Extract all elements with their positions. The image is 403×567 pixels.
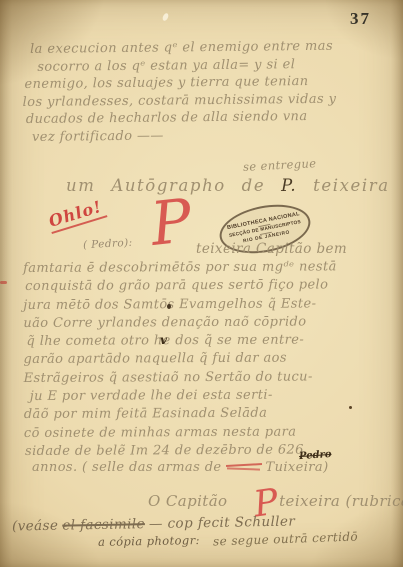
footer-followup-note: se segue outrā certidō [213, 529, 358, 548]
autograph-initial: P. [281, 176, 297, 195]
red-scribble-strikethrough [226, 462, 262, 471]
footer-insertion: a cópia photogr: [98, 533, 200, 549]
ink-insertion-v: v [160, 333, 167, 347]
ink-dot [349, 406, 352, 409]
manuscript-line: sidade de belẽ Im 24 de dezēbro de 626 [25, 441, 400, 461]
signature-suffix: teixeira (rubrica) [279, 492, 403, 510]
seal-line-suffix: Tuixeira) [266, 460, 329, 475]
manuscript-line: dāõ por mim feitā Easinada Selāda [24, 404, 400, 424]
struck-text: el facsimile [62, 516, 145, 533]
pencil-note-pedro: ( Pedro): [83, 237, 133, 252]
footer-after-struck: — cop fecit Schuller [149, 514, 296, 533]
manuscript-line: jura mētō dos Samtōs Evamgelhos q̃ Este- [23, 295, 399, 315]
note-se-entregue: se entregue [243, 156, 317, 174]
manuscript-line: conquistā do grão parā ques sertō fiço p… [25, 276, 399, 296]
paragraph-portuguese: famtaria ē descobrimētōs por sua mgᵈᵉ ne… [23, 258, 400, 461]
red-initial-p: P [148, 191, 194, 255]
paragraph-spanish: la execucion antes qᵉ el enemigo entre m… [22, 37, 395, 146]
footer-paren: (veáse [12, 518, 59, 535]
autograph-heading: um Autōgrapho de P. teixeira [66, 176, 390, 195]
manuscript-line: q̃ lhe cometa otro he dos q̃ se me entre… [26, 331, 399, 351]
ink-correction-pedro: Pedro [299, 449, 332, 462]
manuscript-line: cō osinete de minhas armas nesta para [24, 423, 400, 443]
manuscript-line-seal: annos. ( selle das armas deTuixeira) [32, 460, 329, 475]
manuscript-line: teixeira Capitão bem [196, 241, 347, 257]
folio-number: 37 [350, 9, 371, 29]
manuscript-line: vez fortificado —— [32, 125, 395, 146]
manuscript-line: garão apartādo naquella q̃ fui dar aos [23, 350, 399, 370]
manuscript-line: ju E por verdade lhe dei esta serti- [30, 386, 400, 406]
manuscript-line: famtaria ē descobrimētōs por sua mgᵈᵉ ne… [23, 258, 399, 278]
footer-annotation: (veáseel facsimile— cop fecit Schuller [12, 514, 295, 535]
manuscript-line: uão Corre yrlandes denação naõ cōprido [23, 313, 399, 333]
manuscript-line: Estrãgeiros q̃ asestiaõ no Sertão do tuc… [24, 368, 400, 388]
paper-fleck [162, 12, 170, 21]
red-initial-signature: P [254, 502, 278, 505]
manuscript-page: 37 la execucion antes qᵉ el enemigo entr… [0, 0, 403, 567]
red-edge-mark [0, 281, 7, 284]
red-note-ohlo: Ohlo! [46, 196, 108, 234]
seal-line-prefix: annos. ( selle das armas de [32, 460, 222, 475]
signature-prefix: O Capitão [148, 492, 228, 510]
autograph-suffix: teixeira [313, 176, 390, 195]
ink-dot [167, 304, 171, 309]
signature-line: O CapitãoPteixeira (rubrica) [148, 492, 403, 510]
